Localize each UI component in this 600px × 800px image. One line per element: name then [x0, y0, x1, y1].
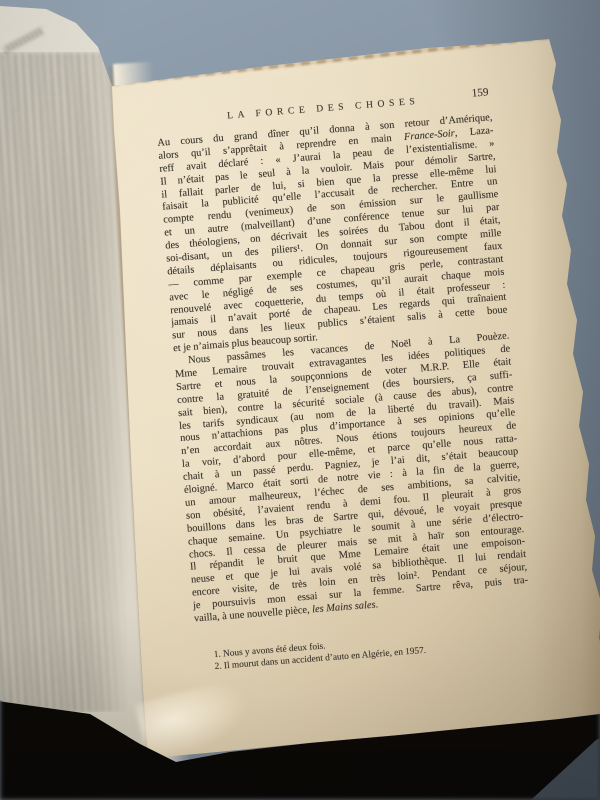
body-text: Au cours du grand dîner qu’il donna à so…: [157, 112, 530, 626]
running-header: LA FORCE DES CHOSES: [227, 96, 420, 122]
page-content: LA FORCE DES CHOSES 159 Au cours du gran…: [155, 86, 533, 675]
left-page-blurred-header: [3, 26, 46, 54]
page-number: 159: [471, 86, 489, 99]
footnotes: 1. Nous y avons été deux fois.2. Il mour…: [196, 624, 533, 675]
book-photo: LA FORCE DES CHOSES 159 Au cours du gran…: [0, 0, 600, 800]
